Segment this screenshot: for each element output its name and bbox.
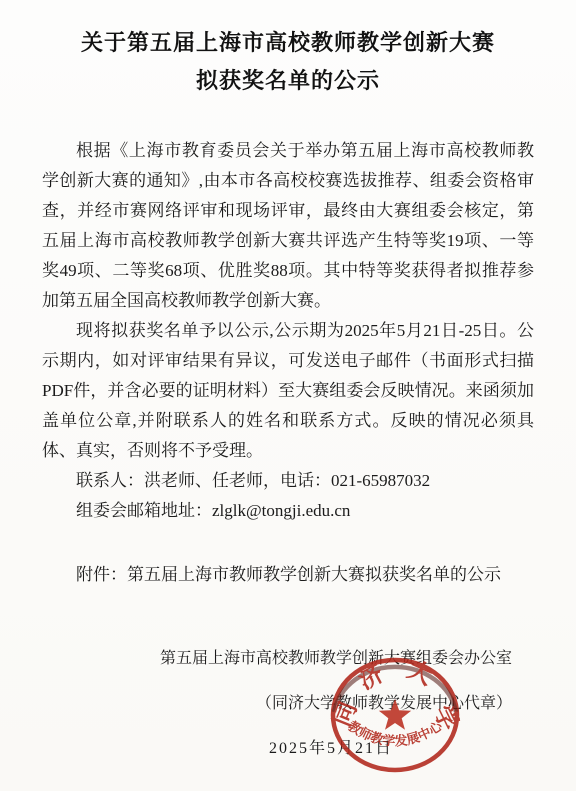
paragraph-1: 根据《上海市教育委员会关于举办第五届上海市高校教师教学创新大赛的通知》,由本市各…	[42, 136, 534, 316]
doc-body: 根据《上海市教育委员会关于举办第五届上海市高校教师教学创新大赛的通知》,由本市各…	[0, 136, 576, 466]
title-line-2: 拟获奖名单的公示	[0, 62, 576, 100]
doc-title: 关于第五届上海市高校教师教学创新大赛 拟获奖名单的公示	[0, 0, 576, 100]
paragraph-2: 现将拟获奖名单予以公示,公示期为2025年5月21日-25日。公示期内，如对评审…	[42, 316, 534, 466]
email-line: 组委会邮箱地址：zlglk@tongji.edu.cn	[0, 496, 576, 526]
notice-document-page: 关于第五届上海市高校教师教学创新大赛 拟获奖名单的公示 根据《上海市教育委员会关…	[0, 0, 576, 791]
title-line-1: 关于第五届上海市高校教师教学创新大赛	[0, 24, 576, 62]
signature-block: 第五届上海市高校教师教学创新大赛组委会办公室 （同济大学教师教学发展中心代章） …	[0, 636, 576, 771]
signature-office-line: 第五届上海市高校教师教学创新大赛组委会办公室	[0, 636, 512, 681]
attachment-line: 附件：第五届上海市教师教学创新大赛拟获奖名单的公示	[0, 560, 576, 590]
signature-onbehalf-line: （同济大学教师教学发展中心代章）	[0, 681, 512, 726]
signature-date-line: 2025年5月21日	[0, 726, 512, 771]
contact-line: 联系人：洪老师、任老师，电话：021-65987032	[0, 466, 576, 496]
